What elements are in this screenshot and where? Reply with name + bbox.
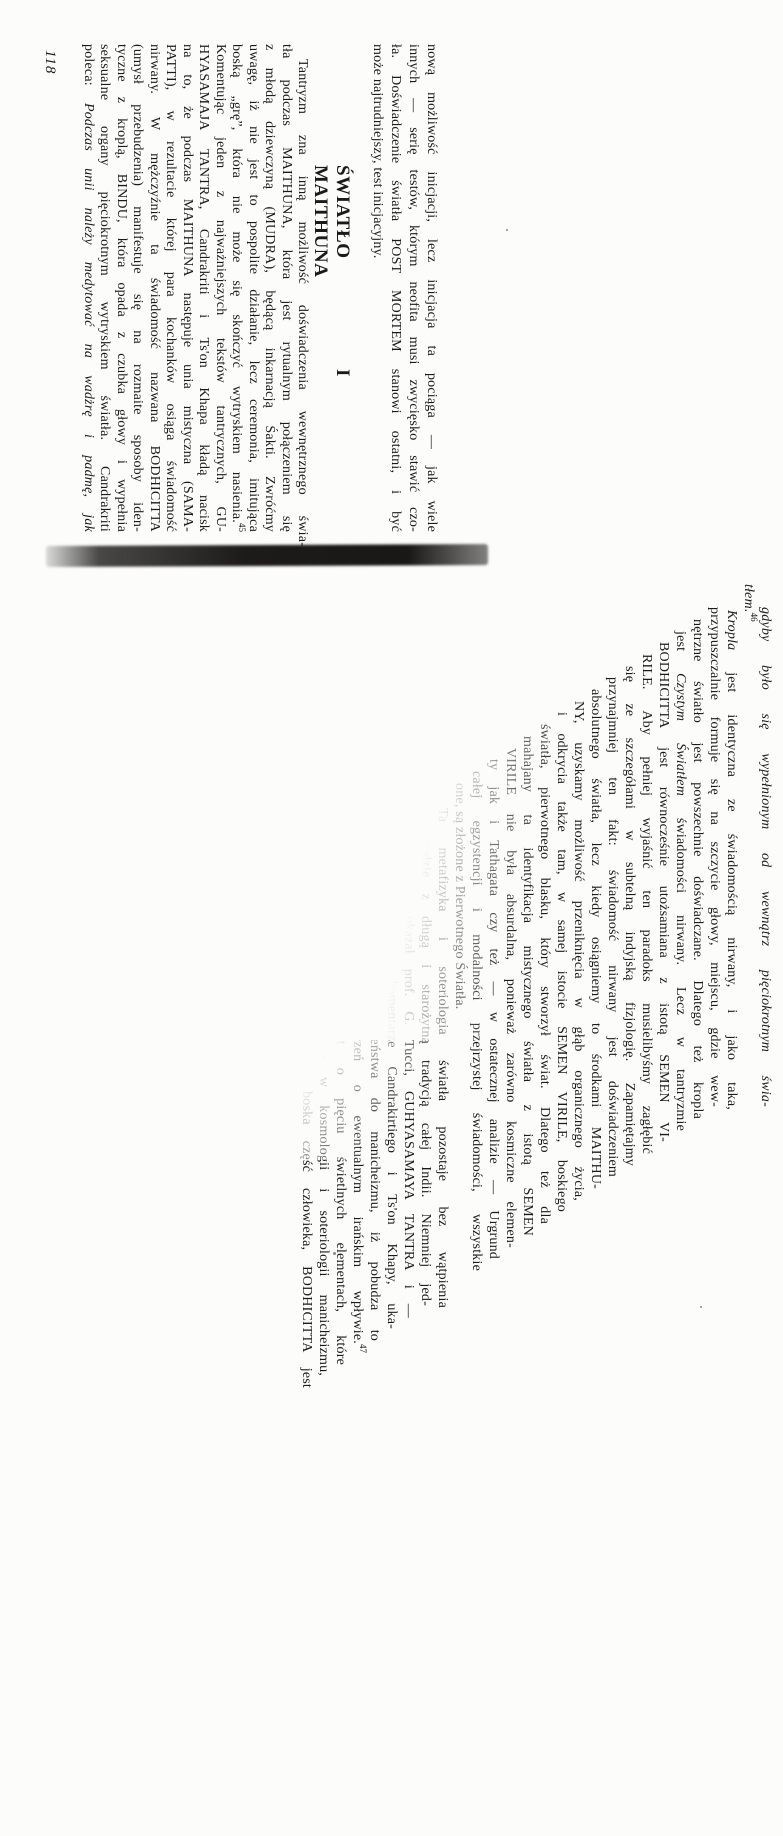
text-line: Tantryzm zna inną możliwość doświadczeni… — [293, 59, 310, 547]
text-line: odgrywają szczególną rolę w kosmologii i… — [314, 876, 331, 1376]
text-line: mahajany ta identyfikacja mistycznego św… — [518, 736, 535, 1236]
text-line: innych — serię testów, którym neofita mu… — [404, 44, 421, 532]
text-line: RILE. Aby pełniej wyjaśnić ten paradoks … — [637, 654, 654, 1154]
scanned-book-spread: nową możliwość inicjacji, lecz inicjacja… — [0, 0, 783, 1836]
text-line: ty jak i Tathagata czy też — w ostateczn… — [484, 759, 501, 1259]
text-line: Ta metafizyka i soteriologia światła poz… — [433, 808, 450, 1308]
text-line: Kropla jest identyczna ze świadomością n… — [722, 610, 739, 1110]
text-line: i odkrycia także tam, w samej istocie SE… — [552, 712, 569, 1212]
section-heading: ŚWIATŁO I MAITHUNA — [329, 165, 353, 377]
text-line: PATTI), w rezultacie której para kochank… — [161, 44, 178, 532]
text-line: jak również o fakcie, że boska część czł… — [297, 888, 314, 1388]
text-line: całej egzystencji i modalności przejrzys… — [467, 771, 484, 1271]
text-line: ła. Doświadczenie światła POST MORTEM st… — [386, 44, 403, 532]
scan-speck — [700, 1306, 702, 1308]
text-line: NY, uzyskamy możliwość przeniknięcia w g… — [569, 701, 586, 1201]
text-line: na to, że podczas MAITHUNA następuje uni… — [178, 44, 195, 532]
text-line: gdyby było się wypełnionym od wewnątrz p… — [756, 607, 773, 1107]
page-gutter-shadow — [46, 544, 488, 567]
text-line: BODHICITTA jest równocześnie utożsamiana… — [654, 642, 671, 1142]
text-line: jest Czystym Światłem świadomości nirwan… — [671, 631, 688, 1131]
text-line: Pomyśli się natychmiast o pięciu świetln… — [331, 865, 348, 1365]
text-line: poleca: Podczas unii należy medytować na… — [79, 44, 96, 532]
text-line: może najtrudniejszy, test inicjacyjny. — [368, 44, 385, 532]
text-line: identyfikowana z SEMEN. — [280, 900, 297, 1400]
text-line: nak, jak to ukazał prof. G. Tucci, GUHYA… — [399, 818, 416, 1318]
text-line: tyczne z kroplą, BINDU, która opada z cz… — [112, 44, 129, 532]
text-line: seksualne organy pięciokrotnym wytryskie… — [95, 44, 112, 532]
text-line: nawet bardziej — komentarze Candrakirtie… — [382, 829, 399, 1329]
text-line: nirwany. W mężczyźnie ta świadomość nazw… — [145, 44, 162, 532]
text-line: się ze szczegółami w subtelną indyjską f… — [620, 666, 637, 1166]
text-line: tła podczas MAITHUNA, która jest rytualn… — [277, 44, 294, 532]
text-line: w zgodzie z długą i starożytną tradycją … — [416, 806, 433, 1306]
text-line: światła, pierwotnego blasku, który stwor… — [535, 724, 552, 1224]
text-line: przypuszczalnie formuje się na szczycie … — [705, 607, 722, 1107]
scan-speck — [506, 229, 508, 231]
text-line: one, są złożone z Pierwotnego Światła. — [450, 783, 467, 1283]
text-line: zują tak oczywiste podobieństwa do manic… — [365, 841, 382, 1341]
text-line: przynajmniej ten fakt: świadomość nirwan… — [603, 677, 620, 1177]
page-number-118: 118 — [41, 50, 58, 74]
text-line: do nieuniknionych podejrzeń o ewentualny… — [348, 853, 365, 1353]
text-line: nętrzne światło jest powszechnie doświad… — [688, 619, 705, 1119]
text-line: VIRILE nie była absurdalna, ponieważ zar… — [501, 748, 518, 1248]
text-line: boską „grę”, która nie może się skończyć… — [227, 44, 244, 532]
text-line: tłem.46 — [739, 584, 756, 1084]
text-line: z młodą dziewczyną (MUDRA), będącą inkar… — [260, 44, 277, 532]
text-line: absolutnego światła, lecz kiedy osiągnie… — [586, 689, 603, 1189]
text-line: nową możliwość inicjacji, lecz inicjacja… — [422, 44, 439, 532]
text-line: uwagę, iż nie jest to pospolite działani… — [244, 44, 261, 532]
scan-speck — [333, 1252, 336, 1255]
text-line: Komentując jeden z najważniejszych tekst… — [211, 44, 228, 532]
text-line: (umysł przebudzenia) manifestuje się na … — [128, 44, 145, 532]
text-line: HYASAMAJA TANTRA, Candrakriti i Ts'on Kh… — [194, 44, 211, 532]
